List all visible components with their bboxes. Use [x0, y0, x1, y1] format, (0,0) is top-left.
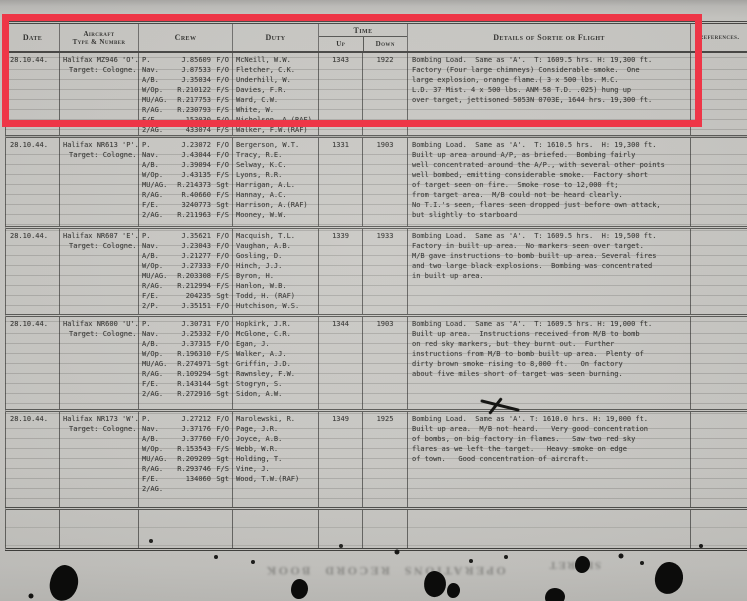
details-line: on red sky markers, but they burnt out. … [412, 339, 690, 349]
references-cell [691, 138, 747, 226]
details-line: of town. Good concentration of aircraft. [412, 454, 690, 464]
crew-rank: F/O [211, 434, 230, 444]
crew-name: Hannay, A.C. [236, 190, 318, 200]
crew-trade: MU/AG. [142, 180, 169, 190]
duty-cell: Hopkirk, J.R.McGlone, C.R.Egan, J.Walker… [233, 317, 319, 409]
details-line: No T.I.'s seen, flares seen dropped just… [412, 200, 690, 210]
crew-service-number: R.293746 [169, 464, 211, 474]
target-value: Target: Cologne. [63, 241, 138, 251]
crew-line: R/AG.R.212994F/S [139, 281, 232, 291]
details-line: Bombing Load. Same as 'A'. T: 1609.5 hrs… [412, 231, 690, 241]
crew-name: McGlone, C.R. [236, 329, 318, 339]
crew-line: Nav.J.43044F/O [139, 150, 232, 160]
crew-rank: F/O [211, 424, 230, 434]
crew-service-number: J.35151 [169, 301, 211, 311]
crew-service-number: R.203308 [169, 271, 211, 281]
crew-trade: P. [142, 140, 169, 150]
crew-line: MU/AG.R.214373Sgt [139, 180, 232, 190]
crew-trade: A/B. [142, 339, 169, 349]
crew-rank: F/O [211, 261, 230, 271]
crew-line: W/Op.R.196310F/S [139, 349, 232, 359]
crew-name: Todd, H. (RAF) [236, 291, 318, 301]
crew-rank: F/S [211, 349, 230, 359]
crew-name: Webb, W.R. [236, 444, 318, 454]
crew-service-number: R.272916 [169, 389, 211, 399]
crew-trade: W/Op. [142, 444, 169, 454]
time-up-value: 1339 [319, 231, 362, 241]
crew-name: Bergerson, W.T. [236, 140, 318, 150]
time-down-cell: 1933 [363, 229, 408, 314]
aircraft-value: Halifax NR613 'P'. [63, 140, 138, 150]
crew-name: Lyons, R.R. [236, 170, 318, 180]
crew-service-number: R.274971 [169, 359, 211, 369]
crew-name: Vine, J. [236, 464, 318, 474]
crew-line: P.J.23072F/O [139, 140, 232, 150]
ink-specks [0, 0, 2, 2]
crew-line: Nav.J.37176F/O [139, 424, 232, 434]
crew-rank: Sgt [211, 454, 230, 464]
duty-cell: Macquish, T.L.Vaughan, A.B.Gosling, D.Hi… [233, 229, 319, 314]
details-line: and two large black explosions. Bombing … [412, 261, 690, 271]
crew-line: F/E.134060Sgt [139, 474, 232, 484]
time-down-value: 1925 [363, 414, 407, 424]
crew-service-number: R.153543 [169, 444, 211, 454]
crew-line: 2/AG.R.211963F/S [139, 210, 232, 220]
crew-name [236, 484, 318, 494]
crew-line: A/B.J.39094F/O [139, 160, 232, 170]
duty-cell: Marolewski, R.Page, J.R.Joyce, A.B.Webb,… [233, 412, 319, 507]
time-down-value: 1903 [363, 319, 407, 329]
crew-rank: Sgt [211, 200, 230, 210]
date-value: 28.10.44. [10, 231, 59, 241]
crew-rank: F/O [211, 319, 230, 329]
crew-name: Walker, A.J. [236, 349, 318, 359]
crew-rank: F/S [211, 210, 230, 220]
mirrored-show-through-title: OPERATIONS RECORD BOOK [255, 563, 515, 578]
empty-row [5, 507, 747, 551]
crew-rank: F/S [211, 271, 230, 281]
date-value: 28.10.44. [10, 140, 59, 150]
crew-name: Hutchison, W.S. [236, 301, 318, 311]
aircraft-cell: Halifax NR173 'W'.Target: Cologne. [60, 412, 139, 507]
details-cell: Bombing Load. Same as 'A'. T: 1610.5 hrs… [408, 138, 691, 226]
crew-line: 2/P.J.35151F/O [139, 301, 232, 311]
crew-trade: MU/AG. [142, 271, 169, 281]
crew-name: Rawnsley, F.W. [236, 369, 318, 379]
aircraft-cell: Halifax NR607 'E'.Target: Cologne. [60, 229, 139, 314]
crew-trade: Nav. [142, 424, 169, 434]
references-cell [691, 229, 747, 314]
crew-cell: P.J.23072F/ONav.J.43044F/OA/B.J.39094F/O… [139, 138, 233, 226]
crew-trade: R/AG. [142, 190, 169, 200]
crew-rank: Sgt [211, 379, 230, 389]
details-line: Bombing Load. Same as 'A'. T: 1610.5 hrs… [412, 140, 690, 150]
date-value: 28.10.44. [10, 319, 59, 329]
crew-service-number: R.212994 [169, 281, 211, 291]
crew-trade: R/AG. [142, 464, 169, 474]
crew-rank: F/O [211, 160, 230, 170]
references-cell [691, 317, 747, 409]
crew-trade: MU/AG. [142, 454, 169, 464]
crew-service-number: J.37315 [169, 339, 211, 349]
ink-blot [654, 561, 685, 595]
crew-rank [211, 484, 230, 494]
crew-line: Nav.J.23043F/O [139, 241, 232, 251]
time-down-cell: 1903 [363, 138, 408, 226]
crew-line: MU/AG.R.209209Sgt [139, 454, 232, 464]
crew-trade: P. [142, 319, 169, 329]
aircraft-value: Halifax NR600 'U'. [63, 319, 138, 329]
crew-rank: F/S [211, 281, 230, 291]
crew-trade: A/B. [142, 160, 169, 170]
time-down-cell: 1903 [363, 317, 408, 409]
aircraft-cell: Halifax NR600 'U'.Target: Cologne. [60, 317, 139, 409]
log-row: 28.10.44.Halifax NR607 'E'.Target: Colog… [5, 226, 747, 314]
crew-rank: Sgt [211, 389, 230, 399]
crew-trade: Nav. [142, 150, 169, 160]
crew-name: Sidon, A.W. [236, 389, 318, 399]
scanned-orb-page: Date Aircraft Type & Number Crew Duty Ti… [0, 0, 747, 601]
crew-trade: F/E. [142, 200, 169, 210]
crew-line: P.J.30731F/O [139, 319, 232, 329]
crew-rank: Sgt [211, 291, 230, 301]
duty-cell: Bergerson, W.T.Tracy, R.E.Selway, K.C.Ly… [233, 138, 319, 226]
crew-name: Selway, K.C. [236, 160, 318, 170]
crew-service-number: J.37176 [169, 424, 211, 434]
crew-line: F/E.3240773Sgt [139, 200, 232, 210]
date-cell: 28.10.44. [6, 317, 60, 409]
crew-line: R/AG.R.109294Sgt [139, 369, 232, 379]
details-line: Bombing Load. Same as 'A'. T: 1609.5 hrs… [412, 319, 690, 329]
crew-service-number: 204235 [169, 291, 211, 301]
crew-line: Nav.J.25332F/O [139, 329, 232, 339]
crew-service-number: R.143144 [169, 379, 211, 389]
date-cell: 28.10.44. [6, 229, 60, 314]
log-row: 28.10.44.Halifax NR173 'W'.Target: Colog… [5, 409, 747, 507]
details-line: but slightly to starboard [412, 210, 690, 220]
crew-name: Page, J.R. [236, 424, 318, 434]
details-line: Built up area. Instructions received fro… [412, 329, 690, 339]
crew-service-number: R.109294 [169, 369, 211, 379]
crew-rank: Sgt [211, 180, 230, 190]
crew-name: Stogryn, S. [236, 379, 318, 389]
ink-blot [545, 588, 565, 601]
crew-name: Macquish, T.L. [236, 231, 318, 241]
crew-trade: MU/AG. [142, 359, 169, 369]
crew-trade: W/Op. [142, 261, 169, 271]
ink-blot [48, 563, 81, 601]
crew-service-number: J.25332 [169, 329, 211, 339]
crew-trade: W/Op. [142, 170, 169, 180]
time-up-value: 1344 [319, 319, 362, 329]
crew-rank: F/S [211, 170, 230, 180]
details-line: in built up area. [412, 271, 690, 281]
crew-cell: P.J.27212F/ONav.J.37176F/OA/B.J.37760F/O… [139, 412, 233, 507]
details-line: of target seen on fire. Smoke rose to 12… [412, 180, 690, 190]
crew-name: Harrison, A.(RAF) [236, 200, 318, 210]
crew-name: Marolewski, R. [236, 414, 318, 424]
log-row: 28.10.44.Halifax NR613 'P'.Target: Colog… [5, 135, 747, 226]
details-line: of bombs, on big factory in flames. Saw … [412, 434, 690, 444]
crew-service-number: J.30731 [169, 319, 211, 329]
crew-trade: Nav. [142, 329, 169, 339]
crew-trade: F/E. [142, 474, 169, 484]
ink-blot [291, 579, 308, 599]
crew-service-number: R.40660 [169, 190, 211, 200]
time-up-cell: 1344 [319, 317, 363, 409]
crew-line: P.J.27212F/O [139, 414, 232, 424]
crew-line: MU/AG.R.274971Sgt [139, 359, 232, 369]
crew-name: Holding, T. [236, 454, 318, 464]
target-value: Target: Cologne. [63, 329, 138, 339]
details-line: well concentrated around the A/P., with … [412, 160, 690, 170]
crew-line: MU/AG.R.203308F/S [139, 271, 232, 281]
crew-service-number: J.43135 [169, 170, 211, 180]
crew-rank: F/O [211, 301, 230, 311]
crew-name: Harrigan, A.L. [236, 180, 318, 190]
crew-cell: P.J.30731F/ONav.J.25332F/OA/B.J.37315F/O… [139, 317, 233, 409]
crew-service-number: J.23072 [169, 140, 211, 150]
crew-service-number: 134060 [169, 474, 211, 484]
details-line: Built up area. M/B not heard. Very good … [412, 424, 690, 434]
aircraft-value: Halifax NR173 'W'. [63, 414, 138, 424]
crew-name: Gosling, D. [236, 251, 318, 261]
time-up-value: 1331 [319, 140, 362, 150]
crew-trade: 2/AG. [142, 389, 169, 399]
details-line: Built up area around A/P, as briefed. Bo… [412, 150, 690, 160]
crew-name: Mooney, W.W. [236, 210, 318, 220]
crew-rank: F/O [211, 251, 230, 261]
crew-name: Egan, J. [236, 339, 318, 349]
details-line: Factory in built up area. No markers see… [412, 241, 690, 251]
date-value: 28.10.44. [10, 414, 59, 424]
crew-rank: Sgt [211, 369, 230, 379]
details-line: Bombing Load. Same as 'A'. T: 1610.0 hrs… [412, 414, 690, 424]
ink-blot [447, 583, 460, 598]
crew-rank: Sgt [211, 359, 230, 369]
crew-rank: F/O [211, 241, 230, 251]
details-line: from target area. M/B could not be heard… [412, 190, 690, 200]
crew-trade: 2/P. [142, 301, 169, 311]
date-cell: 28.10.44. [6, 138, 60, 226]
crew-rank: Sgt [211, 474, 230, 484]
crew-name: Wood, T.W.(RAF) [236, 474, 318, 484]
crew-name: Joyce, A.B. [236, 434, 318, 444]
details-line: about five miles short of target was see… [412, 369, 690, 379]
crew-line: W/Op.J.27333F/O [139, 261, 232, 271]
crew-line: 2/AG. [139, 484, 232, 494]
crew-cell: P.J.35621F/ONav.J.23043F/OA/B.J.21277F/O… [139, 229, 233, 314]
crew-name: Vaughan, A.B. [236, 241, 318, 251]
crew-service-number [169, 484, 211, 494]
crew-name: Tracy, R.E. [236, 150, 318, 160]
aircraft-value: Halifax NR607 'E'. [63, 231, 138, 241]
crew-trade: F/E. [142, 379, 169, 389]
crew-line: A/B.J.37760F/O [139, 434, 232, 444]
crew-rank: F/O [211, 140, 230, 150]
crew-trade: Nav. [142, 241, 169, 251]
crew-service-number: R.211963 [169, 210, 211, 220]
target-value: Target: Cologne. [63, 424, 138, 434]
crew-service-number: R.196310 [169, 349, 211, 359]
details-line: M/B gave instructions to bomb built up a… [412, 251, 690, 261]
target-value: Target: Cologne. [63, 150, 138, 160]
crew-line: F/E.R.143144Sgt [139, 379, 232, 389]
time-up-cell: 1339 [319, 229, 363, 314]
crew-line: R/AG.R.293746F/S [139, 464, 232, 474]
time-up-cell: 1331 [319, 138, 363, 226]
crew-service-number: J.23043 [169, 241, 211, 251]
time-down-value: 1903 [363, 140, 407, 150]
crew-line: F/E.204235Sgt [139, 291, 232, 301]
crew-name: Hanlon, W.B. [236, 281, 318, 291]
references-cell [691, 412, 747, 507]
time-down-cell: 1925 [363, 412, 408, 507]
time-down-value: 1933 [363, 231, 407, 241]
pen-mark [478, 394, 522, 418]
details-line: flares as we left the target. Heavy smok… [412, 444, 690, 454]
log-row: 28.10.44.Halifax NR600 'U'.Target: Colog… [5, 314, 747, 409]
crew-line: P.J.35621F/O [139, 231, 232, 241]
crew-service-number: J.21277 [169, 251, 211, 261]
crew-line: A/B.J.21277F/O [139, 251, 232, 261]
crew-rank: F/O [211, 339, 230, 349]
date-cell: 28.10.44. [6, 412, 60, 507]
crew-service-number: J.27333 [169, 261, 211, 271]
crew-name: Hopkirk, J.R. [236, 319, 318, 329]
details-line: well bombed, emitting considerable smoke… [412, 170, 690, 180]
time-up-value: 1349 [319, 414, 362, 424]
details-line: dirty brown smoke rising to 8,000 ft. On… [412, 359, 690, 369]
crew-line: 2/AG.R.272916Sgt [139, 389, 232, 399]
crew-service-number: J.43044 [169, 150, 211, 160]
crew-name: Hinch, J.J. [236, 261, 318, 271]
crew-rank: F/S [211, 190, 230, 200]
crew-trade: A/B. [142, 434, 169, 444]
crew-trade: P. [142, 414, 169, 424]
crew-rank: F/S [211, 444, 230, 454]
crew-service-number: J.37760 [169, 434, 211, 444]
crew-rank: F/O [211, 150, 230, 160]
details-cell: Bombing Load. Same as 'A'. T: 1609.5 hrs… [408, 229, 691, 314]
crew-line: W/Op.J.43135F/S [139, 170, 232, 180]
crew-service-number: J.35621 [169, 231, 211, 241]
crew-name: Byron, H. [236, 271, 318, 281]
crew-line: A/B.J.37315F/O [139, 339, 232, 349]
crew-rank: F/O [211, 414, 230, 424]
crew-service-number: R.209209 [169, 454, 211, 464]
crew-trade: A/B. [142, 251, 169, 261]
crew-rank: F/O [211, 231, 230, 241]
details-line: instructions from M/B to bomb built up a… [412, 349, 690, 359]
crew-rank: F/S [211, 464, 230, 474]
details-cell: Bombing Load. Same as 'A'. T: 1610.0 hrs… [408, 412, 691, 507]
crew-line: R/AG.R.40660F/S [139, 190, 232, 200]
crew-trade: 2/AG. [142, 484, 169, 494]
crew-service-number: J.27212 [169, 414, 211, 424]
crew-line: W/Op.R.153543F/S [139, 444, 232, 454]
crew-trade: F/E. [142, 291, 169, 301]
crew-service-number: J.39094 [169, 160, 211, 170]
aircraft-cell: Halifax NR613 'P'.Target: Cologne. [60, 138, 139, 226]
crew-service-number: R.214373 [169, 180, 211, 190]
crew-trade: P. [142, 231, 169, 241]
crew-name: Griffin, J.D. [236, 359, 318, 369]
crew-trade: R/AG. [142, 281, 169, 291]
time-up-cell: 1349 [319, 412, 363, 507]
crew-trade: 2/AG. [142, 210, 169, 220]
crew-trade: W/Op. [142, 349, 169, 359]
highlight-box [2, 14, 702, 127]
crew-rank: F/O [211, 329, 230, 339]
details-cell: Bombing Load. Same as 'A'. T: 1609.5 hrs… [408, 317, 691, 409]
crew-trade: R/AG. [142, 369, 169, 379]
crew-service-number: 3240773 [169, 200, 211, 210]
